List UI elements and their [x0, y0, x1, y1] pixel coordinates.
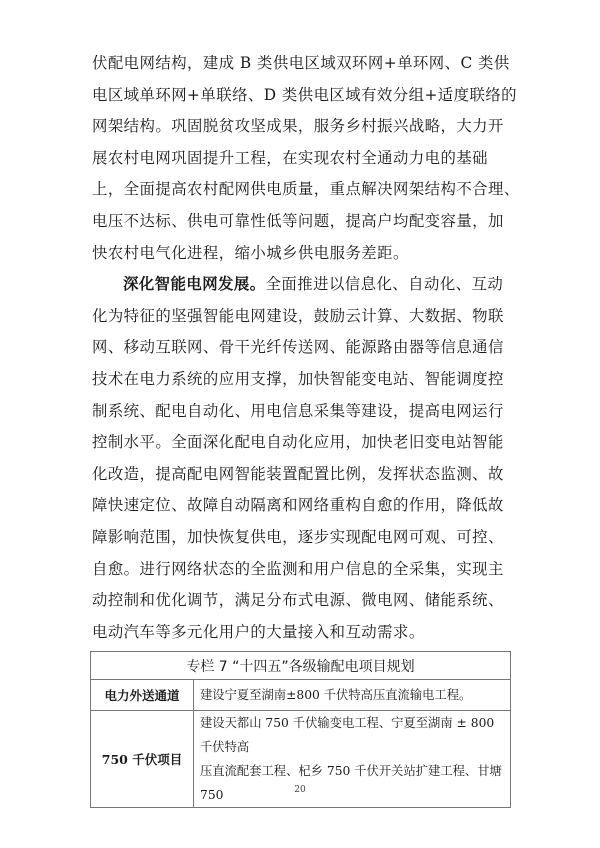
text-line: 电区域单环网+单联络、D 类供电区域有效分组+适度联络的 — [92, 80, 508, 112]
paragraph-heading: 深化智能电网发展。 — [123, 275, 266, 293]
document-body: 伏配电网结构，建成 B 类供电区域双环网+单环网、C 类供 电区域单环网+单联络… — [92, 48, 508, 648]
text-line: 上，全面提高农村配网供电质量，重点解决网架结构不合理、 — [92, 174, 508, 206]
table-row: 电力外送通道 建设宁夏至湖南±800 千伏特高压直流输电工程。 — [91, 680, 511, 711]
text-line: 障快速定位、故障自动隔离和网络重构自愈的作用，降低故 — [92, 490, 508, 522]
cell-line: 压直流配套工程、杞乡 750 千伏开关站扩建工程、甘塘 750 — [200, 759, 504, 807]
text-line: 深化智能电网发展。全面推进以信息化、自动化、互动 — [92, 269, 508, 301]
text-line: 制系统、配电自动化、用电信息采集等建设，提高电网运行 — [92, 396, 508, 428]
text-line: 伏配电网结构，建成 B 类供电区域双环网+单环网、C 类供 — [92, 48, 508, 80]
paragraph-grid-structure: 伏配电网结构，建成 B 类供电区域双环网+单环网、C 类供 电区域单环网+单联络… — [92, 48, 508, 269]
text-line: 化改造，提高配电网智能装置配置比例，发挥状态监测、故 — [92, 459, 508, 491]
page-number: 20 — [0, 785, 600, 795]
cell-line: 建设天都山 750 千伏输变电工程、宁夏至湖南 ± 800 千伏特高 — [200, 711, 504, 759]
text-line: 电压不达标、供电可靠性低等问题，提高户均配变容量，加 — [92, 206, 508, 238]
text-line: 网、移动互联网、骨干光纤传送网、能源路由器等信息通信 — [92, 332, 508, 364]
text-line: 化为特征的坚强智能电网建设，鼓励云计算、大数据、物联 — [92, 301, 508, 333]
text-line: 控制水平。全面深化配电自动化应用，加快老旧变电站智能 — [92, 427, 508, 459]
row-content: 建设宁夏至湖南±800 千伏特高压直流输电工程。 — [194, 680, 511, 711]
cell-line: 建设宁夏至湖南±800 千伏特高压直流输电工程。 — [200, 683, 504, 707]
paragraph-smart-grid: 深化智能电网发展。全面推进以信息化、自动化、互动 化为特征的坚强智能电网建设，鼓… — [92, 269, 508, 648]
box-title: 专栏 7 “十四五”各级输配电项目规划 — [91, 652, 511, 680]
text-line: 网架结构。巩固脱贫攻坚成果，服务乡村振兴战略，大力开 — [92, 111, 508, 143]
text-line: 障影响范围，加快恢复供电，逐步实现配电网可观、可控、 — [92, 522, 508, 554]
text-span: 全面推进以信息化、自动化、互动 — [266, 275, 504, 293]
row-label: 电力外送通道 — [91, 680, 194, 711]
text-line: 展农村电网巩固提升工程，在实现农村全通动力电的基础 — [92, 143, 508, 175]
text-line: 技术在电力系统的应用支撑，加快智能变电站、智能调度控 — [92, 364, 508, 396]
text-line: 快农村电气化进程，缩小城乡供电服务差距。 — [92, 238, 508, 270]
text-line: 动控制和优化调节，满足分布式电源、微电网、储能系统、 — [92, 585, 508, 617]
text-line: 电动汽车等多元化用户的大量接入和互动需求。 — [92, 617, 508, 649]
text-line: 自愈。进行网络状态的全监测和用户信息的全采集，实现主 — [92, 554, 508, 586]
